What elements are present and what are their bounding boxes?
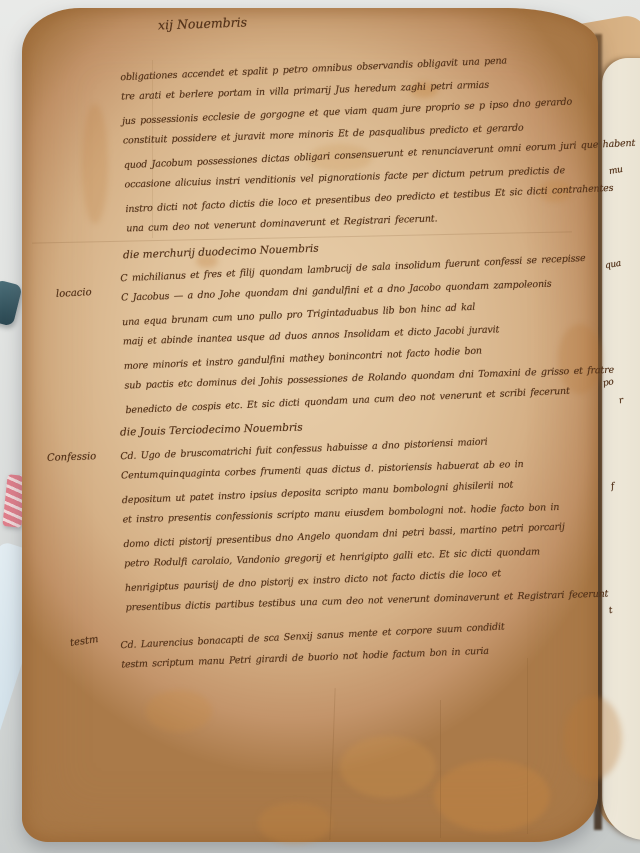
parchment-stain (434, 760, 550, 832)
parchment-stain (146, 690, 212, 732)
facing-page-text-fragment: po (602, 377, 614, 389)
parchment-stain (258, 802, 332, 844)
entry-paragraph-2: C michilianus et fres et filij quondam l… (120, 249, 598, 421)
fold-crease (440, 700, 441, 838)
manuscript-photo: mu qua po r f t xij Nouembris obligation… (0, 0, 640, 853)
parchment-stain (340, 736, 436, 798)
teal-clip-object (0, 279, 23, 326)
entry-paragraph-3: Cd. Ugo de bruscomatrichi fuit confessus… (120, 429, 598, 621)
margin-annotation-confessio: Confessio (47, 451, 97, 464)
parchment-stain (564, 696, 622, 780)
entry-paragraph-1: obligationes accendet et spalit p petro … (120, 48, 598, 242)
header-date: xij Nouembris (158, 14, 248, 32)
parchment-stain (82, 104, 108, 224)
margin-annotation-locacio: locacio (56, 287, 92, 300)
fold-crease (527, 658, 528, 834)
